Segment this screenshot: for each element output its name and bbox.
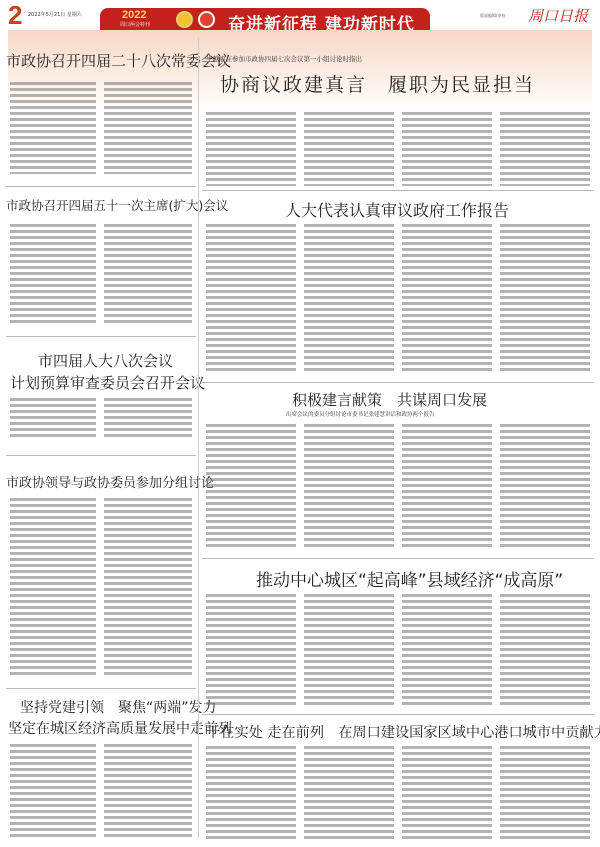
headline-a5-line1: 市四届人大八次会议: [38, 350, 173, 371]
divider: [202, 558, 594, 559]
masthead: 2 2022年5月21日 星期六 2022 周口两会特刊 奋进新征程 建功新时代…: [0, 0, 600, 30]
kicker-a2: 牛越丽在参加市政协四届七次会议第一小组讨论时指出: [206, 54, 362, 63]
divider: [202, 382, 594, 383]
paper-logo: 周口日报: [528, 5, 588, 26]
banner-year: 2022: [122, 9, 146, 21]
body-a2-col4: [500, 112, 590, 186]
body-a6-col3: [402, 424, 492, 550]
banner-subtitle: 周口两会特刊: [120, 21, 150, 28]
divider: [6, 455, 196, 456]
body-a7-col2: [104, 498, 192, 678]
body-a10-col3: [402, 746, 492, 840]
body-a4-col2: [304, 224, 394, 374]
body-a10-col4: [500, 746, 590, 840]
divider: [202, 190, 594, 191]
headline-a7: 市政协领导与政协委员参加分组讨论: [6, 472, 214, 491]
body-a9-col2: [104, 744, 192, 840]
body-a10-col2: [304, 746, 394, 840]
headline-a2: 协商议政建真言 履职为民显担当: [220, 70, 535, 97]
body-a2-col1: [206, 112, 296, 186]
body-a9-col1: [10, 744, 96, 840]
body-a4-col1: [206, 224, 296, 374]
body-a2-col3: [402, 112, 492, 186]
body-a4-col4: [500, 224, 590, 374]
body-a8-col1: [206, 594, 296, 708]
body-a8-col2: [304, 594, 394, 708]
cppcc-emblem-icon: [198, 11, 215, 28]
special-edition-banner: 2022 周口两会特刊 奋进新征程 建功新时代: [100, 8, 430, 32]
body-a5-col1: [10, 398, 96, 440]
kicker-a6: 出席会议的委员分组讨论市委书记张建慧讲话和政协两个报告: [286, 410, 435, 418]
body-a7-col1: [10, 498, 96, 678]
body-a1-col1: [10, 82, 96, 174]
divider: [6, 688, 196, 689]
body-a5-col2: [104, 398, 192, 440]
headline-a10: 干在实处 走在前列 在周口建设国家区域中心港口城市中贡献力量彰显担当: [206, 722, 600, 742]
body-a6-col1: [206, 424, 296, 550]
column-divider: [198, 38, 199, 838]
body-a6-col2: [304, 424, 394, 550]
body-a6-col4: [500, 424, 590, 550]
national-emblem-icon: [176, 11, 193, 28]
headline-a8: 推动中心城区“起高峰”县域经济“成高原”: [256, 566, 563, 591]
body-a3-col2: [104, 224, 192, 324]
headline-a3: 市政协召开四届五十一次主席(扩大)会议: [6, 196, 228, 214]
body-a2-col2: [304, 112, 394, 186]
divider: [6, 186, 196, 187]
editor-line: 版面编辑/审校: [480, 13, 505, 19]
body-a1-col2: [104, 82, 192, 174]
body-a3-col1: [10, 224, 96, 324]
headline-a4: 人大代表认真审议政府工作报告: [285, 198, 509, 221]
divider: [202, 714, 594, 715]
headline-a5-line2: 计划预算审查委员会召开会议: [10, 372, 205, 393]
body-a8-col4: [500, 594, 590, 708]
headline-a6: 积极建言献策 共谋周口发展: [292, 389, 487, 410]
body-a8-col3: [402, 594, 492, 708]
divider: [6, 336, 196, 337]
body-a10-col1: [206, 746, 296, 840]
body-a4-col3: [402, 224, 492, 374]
page-number: 2: [8, 0, 22, 30]
headline-a9-line1: 坚持党建引领 聚焦“两端”发力: [20, 697, 217, 717]
date-line: 2022年5月21日 星期六: [28, 11, 82, 18]
